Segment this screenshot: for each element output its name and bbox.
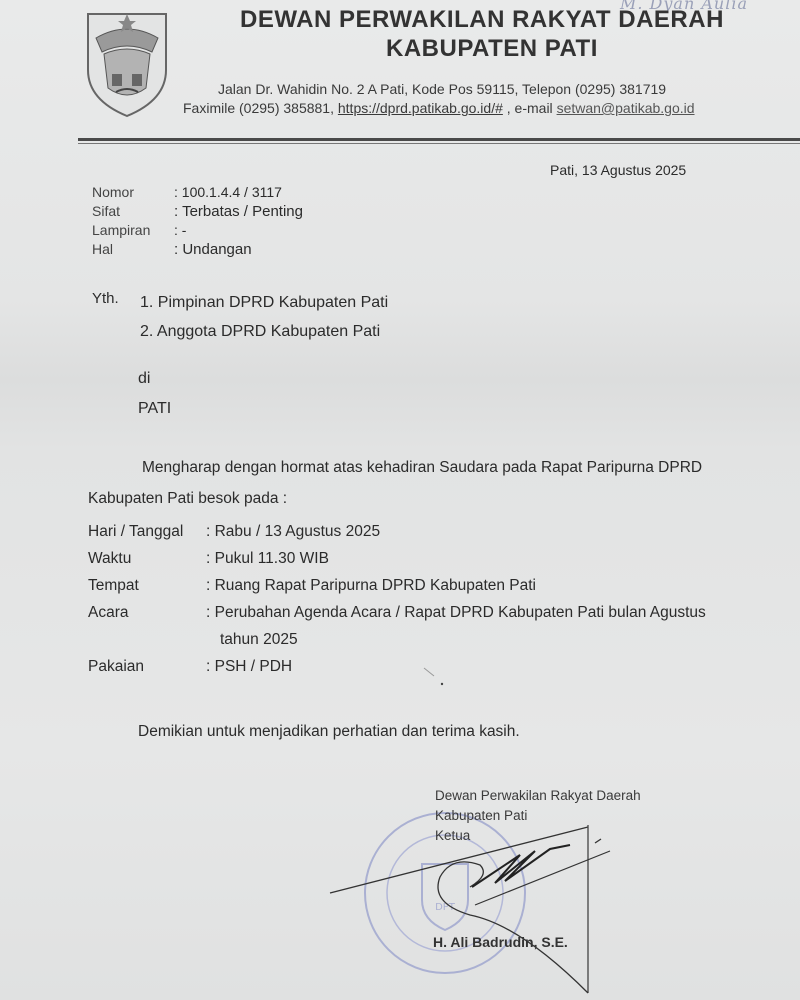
email-link[interactable]: setwan@patikab.go.id — [557, 100, 695, 116]
signature-org-line1: Dewan Perwakilan Rakyat Daerah — [435, 786, 641, 806]
coat-of-arms-logo — [82, 8, 172, 120]
recipient-place: PATI — [138, 400, 171, 418]
detail-row-attire: Pakaian: PSH / PDH — [88, 653, 706, 680]
letterhead-divider-thin — [78, 143, 800, 144]
detail-row-time: Waktu: Pukul 11.30 WIB — [88, 545, 706, 572]
recipient-item: 1. Pimpinan DPRD Kabupaten Pati — [140, 288, 388, 317]
meta-row-lampiran: Lampiran: - — [92, 221, 303, 240]
letter-date: Pati, 13 Agustus 2025 — [550, 162, 686, 178]
handwritten-signature — [320, 815, 620, 995]
letterhead-org-line1: DEWAN PERWAKILAN RAKYAT DAERAH — [240, 6, 724, 34]
fax-text: Faximile (0295) 385881, — [183, 100, 338, 116]
recipient-di: di — [138, 370, 150, 388]
letterhead-divider-thick — [78, 138, 800, 141]
detail-row-agenda-continuation: tahun 2025 — [88, 626, 706, 653]
body-paragraph-line1: Mengharap dengan hormat atas kehadiran S… — [142, 459, 702, 477]
letter-meta: Nomor: 100.1.4.4 / 3117 Sifat: Terbatas … — [92, 183, 303, 259]
pen-mark — [420, 664, 450, 690]
signer-name: H. Ali Badrudin, S.E. — [433, 934, 568, 950]
meta-row-nomor: Nomor: 100.1.4.4 / 3117 — [92, 183, 303, 202]
letterhead-org-line2: KABUPATEN PATI — [386, 35, 598, 63]
recipient-list: 1. Pimpinan DPRD Kabupaten Pati 2. Anggo… — [140, 288, 388, 346]
event-details: Hari / Tanggal: Rabu / 13 Agustus 2025 W… — [88, 518, 706, 680]
email-label: , e-mail — [503, 100, 557, 116]
website-link[interactable]: https://dprd.patikab.go.id/# — [338, 100, 503, 116]
letterhead-contact: Faximile (0295) 385881, https://dprd.pat… — [183, 100, 695, 116]
recipient-prefix: Yth. — [92, 290, 119, 307]
body-paragraph-line2: Kabupaten Pati besok pada : — [88, 490, 287, 508]
recipient-item: 2. Anggota DPRD Kabupaten Pati — [140, 317, 388, 346]
meta-row-sifat: Sifat: Terbatas / Penting — [92, 202, 303, 221]
detail-row-date: Hari / Tanggal: Rabu / 13 Agustus 2025 — [88, 518, 706, 545]
detail-row-agenda: Acara: Perubahan Agenda Acara / Rapat DP… — [88, 599, 706, 626]
closing-sentence: Demikian untuk menjadikan perhatian dan … — [138, 723, 520, 741]
letterhead-address: Jalan Dr. Wahidin No. 2 A Pati, Kode Pos… — [218, 81, 666, 97]
meta-row-hal: Hal: Undangan — [92, 240, 303, 259]
detail-row-place: Tempat: Ruang Rapat Paripurna DPRD Kabup… — [88, 572, 706, 599]
